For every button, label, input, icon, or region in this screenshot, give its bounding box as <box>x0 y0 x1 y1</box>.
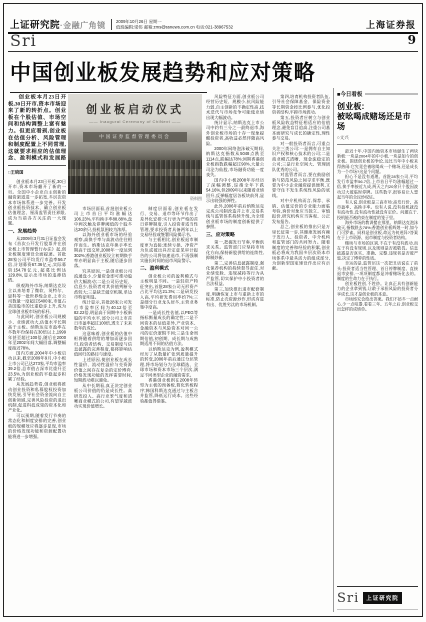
body-paragraph: 创业板本月23日开板,30日开市,资本市场翻开了新的一页。全国中小企业自主创新的… <box>8 179 66 226</box>
body-paragraph: 从2009年3月31日证监会发布《首次公开发行股票并在创业板上市管理暂行办法》起… <box>8 236 66 283</box>
logo-row: Sri 9 <box>10 33 416 49</box>
body-paragraph: 统计显示,首批28家公司发行市盈率区间为40.12倍至82.22倍,明显高于同期… <box>74 300 132 331</box>
sidebar-headline-line1: 创业板: <box>337 102 418 112</box>
sidebar-paragraph: 赌场与市场的区别,不在于有没有波动,而在于有没有规则,以及规则是否被敬畏。信息披… <box>337 240 418 260</box>
body-paragraph: 对监管者而言,要在鼓励创新与防范风险之间寻求平衡,既要为中小企业融资提供便利,又… <box>272 172 330 198</box>
article-body: 创业板本月23日开板,30日开市,资本市场迎来了新的转折点。创业板在个股估值、市… <box>8 88 330 612</box>
sidebar-rule <box>337 144 418 145</box>
body-paragraph: 纵观海外市场,纳斯达克设立以来培育了微软、英特尔、思科等一批世界级企业,上市公司… <box>8 283 66 314</box>
column-1-text: 创业板本月23日开板,30日开市,资本市场翻开了新的一页。全国中小企业自主创新的… <box>8 179 66 439</box>
body-paragraph: 创业板公司的盈利模式与主板明显不同。一是轻资产特征突出,首批28家公司无形资产占… <box>140 273 198 309</box>
photo-credit: 资料图 <box>68 196 202 202</box>
sidebar-divider <box>333 88 334 612</box>
body-paragraph: 制度层面看,创业板在发行、交易、退市等环节作出了差异化安排:实行更为严格的首日停… <box>140 206 198 237</box>
body-paragraph: 从中长期看,真正决定创业板公司价值的仍是成长性。高研发投入、高行业景气度和清晰商… <box>74 383 132 409</box>
body-paragraph: 总之,创业板的推出只是万里长征第一步,其健康发展有赖于发行人、投资者、中介机构和… <box>272 224 330 271</box>
body-paragraph: 第四,培育机构投资者队伍,引导社会保障基金、保险资金等长期资金按比例参与,优化投… <box>272 94 330 115</box>
sidebar-logo-block: Sri 上证研究院 <box>337 586 418 611</box>
sidebar-logo-rule <box>337 609 418 611</box>
body-paragraph: 对一般投资者而言,可重点关注三类公司:一是拥有自主知识产权和核心技术的公司;二是… <box>272 141 330 172</box>
sidebar-paragraph: 担心不是没有道理。首批28家公司,平均发行市盈率56.7倍,上市首日平均涨幅超过… <box>337 174 418 200</box>
sidebar-paragraph: 最近十年,中国内地资本市场诞生了两块新板:一块是2004年的中小板,一块是如今的… <box>337 149 418 175</box>
section-title: 上证研究院 <box>10 17 60 31</box>
masthead-name: 上海证券报 <box>366 18 416 31</box>
body-paragraph: 国内中小板2008年亦经历了深幅调整,综指全年下跌54.16%,但2009年以来… <box>206 177 264 203</box>
body-paragraph: 市场层面看,首批创业板公司上市首日平均涨幅达106.23%,平均换手率88.88… <box>74 206 132 232</box>
photo-crowd <box>68 160 202 194</box>
body-paragraph: 国内方面,2004年中小板启动以来,截至2009年9月,中小板上市公司已达273… <box>8 351 66 382</box>
column-4-text: 风险特征方面,创业板公司经营历史短、规模小,抗风险能力弱,自主创新的不确定性高,… <box>206 94 264 307</box>
body-paragraph: 从发展趋势看,创业板将推动创业投资和私募股权投资加快发展,引导社会资金流向自主创… <box>8 382 66 413</box>
article-column-4: 风险特征方面,创业板公司经营历史短、规模小,抗风险能力弱,自主创新的不确定性高,… <box>206 94 264 612</box>
photo-banner-text: 创业板启动仪式 <box>68 101 202 117</box>
section-heading: 一、发展趋势 <box>8 229 66 234</box>
article-column-2: 市场层面看,首批创业板公司上市首日平均涨幅达106.23%,平均换手率88.88… <box>74 206 132 612</box>
article-headline: 中国创业板发展趋势和应对策略 <box>10 56 322 87</box>
section-brand: 上证研究院 ·金融广角镜 <box>10 17 106 31</box>
sri-logo: Sri <box>10 33 37 49</box>
contact-line: 值班编辑:梁伟 邮箱:zms@ssnews.com.cn 电话:021-3896… <box>116 25 286 31</box>
body-paragraph: 以纳斯达克为例,盈利模式经历了从数量扩张到质量提升的转变,2006年前后通过分层… <box>140 346 198 377</box>
ceremony-photo: 创业板启动仪式 —— Inaugural Ceremony of ChiNext… <box>68 94 202 194</box>
column-5-text: 第四,培育机构投资者队伍,引导社会保障基金、保险资金等长期资金按比例参与,优化投… <box>272 94 330 271</box>
page-number: 9 <box>408 33 416 47</box>
sidebar-tag-rule <box>365 93 418 96</box>
body-paragraph: 第五,投资者应树立与创业板风险收益特征相适应的估值理念,避免盲目追高,注重公司基… <box>272 115 330 141</box>
sidebar-tag-row: ■今日看板 <box>337 90 418 98</box>
header-contact-block: 2009年10月26日 星期一 值班编辑:梁伟 邮箱:zms@ssnews.co… <box>116 19 286 31</box>
sidebar-paragraph: 海外市场的教训摆在那里。纳斯达克泡沫破灭,指数跌去78%;香港创业板辉煌一时,如… <box>337 220 418 240</box>
header-rule-thin <box>8 51 418 52</box>
article-lede: 创业板本月23日开板,30日开市,资本市场迎来了新的转折点。创业板在个股估值、市… <box>8 94 66 162</box>
sidebar-byline: ○文兴 <box>337 135 418 141</box>
body-paragraph: 上述原因,使创业板在成长性溢价、流动性溢价与壳资源价值之间存在复杂的定价博弈,价… <box>74 357 132 383</box>
lede-wrap: 创业板本月23日开板,30日开市,资本市场迎来了新的转折点。创业板在个股估值、市… <box>8 94 66 162</box>
page-header: 上证研究院 ·金融广角镜 2009年10月26日 星期一 值班编辑:梁伟 邮箱:… <box>10 15 416 31</box>
sidebar-body: 最近十年,中国内地资本市场诞生了两块新板:一块是2004年的中小板,一块是如今的… <box>337 149 418 557</box>
article-byline: □王晓国 <box>8 169 66 175</box>
body-paragraph: 2000年网络泡沫破灭期间,纳斯达克指数从5048点跌至1114点,跌幅达78%… <box>206 146 264 177</box>
sidebar-tag: ■今日看板 <box>337 90 362 98</box>
column-3-text: 制度层面看,创业板在发行、交易、退市等环节作出了差异化安排:实行更为严格的首日停… <box>140 206 198 404</box>
newspaper-page: 上证研究院 ·金融广角镜 2009年10月26日 星期一 值班编辑:梁伟 邮箱:… <box>0 0 426 622</box>
byline-row: □王晓国 <box>8 165 66 177</box>
column-2-text: 市场层面看,首批创业板公司上市首日平均涨幅达106.23%,平均换手率88.88… <box>74 206 132 409</box>
body-paragraph: 这意味着,创业板的估值中枢将随着供给的增加而逐步回归,投资者结构、交易制度与信息… <box>74 331 132 357</box>
body-paragraph: 以海外创业板市场的经验观察,高换手率与高波动往往相伴而生。纳斯达克年换手率长期高… <box>74 232 132 268</box>
sidebar-sri-logo: Sri <box>337 591 359 606</box>
sidebar-institute-name: 上证研究院 <box>363 592 402 604</box>
photo-banner-english: —— Inaugural Ceremony of ChiNext —— <box>68 119 202 124</box>
section-heading: 二、盈利模式 <box>140 266 198 271</box>
article-column-1: 创业板本月23日开板,30日开市,资本市场迎来了新的转折点。创业板在个股估值、市… <box>8 94 66 612</box>
body-paragraph: 第一,把握发行节奏,平衡供求关系。监管部门应坚持市场化方向,保持新股供给的连续性… <box>206 239 264 260</box>
sidebar-paragraph: 有人说,创业板是三高市场:高发行价、高市盈率、高换手率。也有人说,没有投机就没有… <box>337 200 418 220</box>
body-paragraph: 究其原因,一是创业板公司流通盘小,少量资金即可推动股价大幅波动;二是公司历史短、… <box>74 268 132 299</box>
header-divider <box>111 19 112 30</box>
section-subtitle: ·金融广角镜 <box>60 20 106 31</box>
sidebar-headline-line2: 被吆喝成赌场还是市场 <box>337 112 418 132</box>
body-paragraph: 一是成长性估值,以PEG等指标衡量成长的确定性;二是不同资本的估值差异,产业资本… <box>140 310 198 346</box>
sidebar-paragraph: 幸运的是,监管层这一次把丑话说在了前头:投资者适当性管理、首日停牌制度、直接退市… <box>337 261 418 281</box>
sidebar-text: 最近十年,中国内地资本市场诞生了两块新板:一块是2004年的中小板,一块是如今的… <box>337 149 418 312</box>
sidebar: ■今日看板 创业板: 被吆喝成赌场还是市场 ○文兴 最近十年,中国内地资本市场诞… <box>337 90 418 612</box>
article-column-3: 制度层面看,创业板在发行、交易、退市等环节作出了差异化安排:实行更为严格的首日停… <box>140 206 198 612</box>
body-paragraph: 对中介机构而言,保荐、承销、估值定价的专业能力面临考验,询价对象应当独立、审慎报… <box>272 198 330 224</box>
body-paragraph: 统计显示,纳斯达克上市公司中约有三分之一最终退市,海外创业板市场的十存一现象提醒… <box>206 120 264 146</box>
body-paragraph: 与主板相比,创业板退市制度更为直接:连续亏损、净资产为负或被出具否定意见审计报告… <box>140 237 198 263</box>
column-1-flow: 创业板本月23日开板,30日开市,资本市场翻开了新的一页。全国中小企业自主创新的… <box>8 179 66 607</box>
body-paragraph: 可以预期,随着发行节奏的常态化和制度安排的完善,创业板的规模效应将逐步显现,市场… <box>8 413 66 439</box>
body-paragraph: 香港创业板则在2008年转型为主板的预备板,简化转板程序;韩国科斯达克通过与主板… <box>140 378 198 404</box>
article-column-5: 第四,培育机构投资者队伍,引导社会保障基金、保险资金等长期资金按比例参与,优化投… <box>272 94 330 612</box>
sidebar-headline: 创业板: 被吆喝成赌场还是市场 <box>337 102 418 132</box>
sidebar-paragraph: 创业板姓创,不姓炒。让真正具有创新能力的企业拿到钱,让敢于承担风险的投资者分享成… <box>337 281 418 296</box>
photo-stage-banner: 中国证券监督管理委员会 <box>83 132 188 142</box>
body-paragraph: 此外,2006年前后纳斯达克完成公司制改造并上市,交易系统与监管体系持续升级,为… <box>206 203 264 229</box>
body-paragraph: 风险特征方面,创业板公司经营历史短、规模小,抗风险能力弱,自主创新的不确定性高,… <box>206 94 264 120</box>
body-paragraph: 第三,加快推出退市配套制度,明确恢复上市与重新上市的标准,防止壳资源炒作,形成有… <box>206 286 264 307</box>
sidebar-paragraph: 市场终究会给出答案。我们不妨多一点耐心,少一点喧嚣,看看三年、五年之后,创业板交… <box>337 296 418 311</box>
section-heading: 三、应对策略 <box>206 232 264 237</box>
body-paragraph: 与此同时,创业板公司规模小、业绩波动大,估值水平长期高于主板。纳斯达克市盈率在多… <box>8 314 66 350</box>
body-paragraph: 第二,完善信息披露制度,强化保荐机构的持续督导责任,对业绩变脸、违规减持等行为从… <box>206 260 264 286</box>
